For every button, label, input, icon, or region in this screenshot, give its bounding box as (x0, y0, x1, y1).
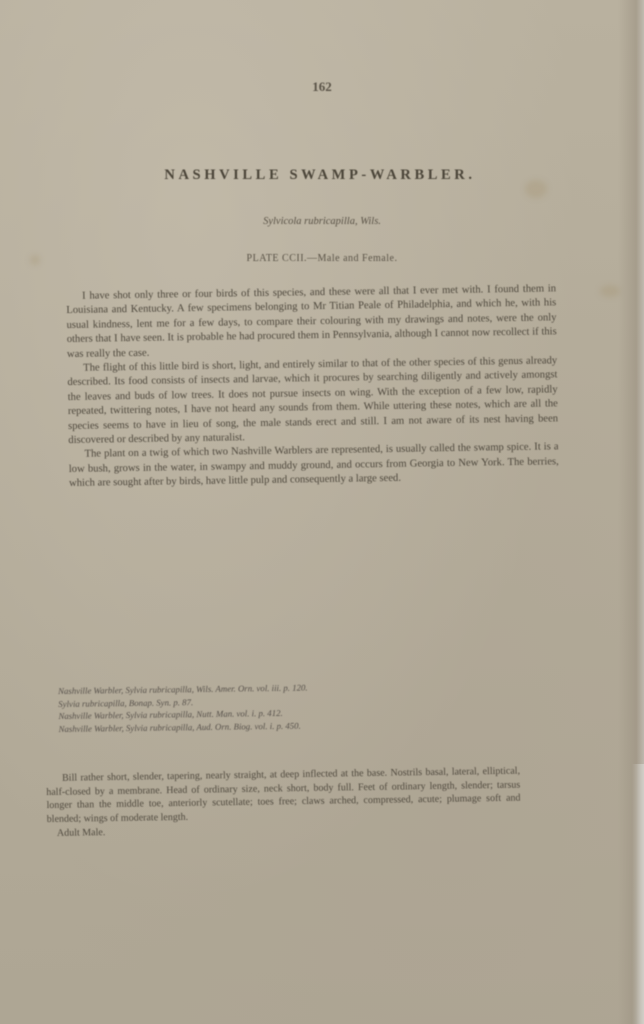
page-title: NASHVILLE SWAMP-WARBLER. (110, 167, 530, 184)
description-block: Bill rather short, slender, tapering, ne… (46, 765, 521, 841)
body-paragraph: The flight of this little bird is short,… (67, 354, 558, 448)
description-paragraph: Bill rather short, slender, tapering, ne… (46, 765, 521, 827)
body-paragraph: The plant on a twig of which two Nashvil… (68, 441, 559, 492)
page-content: 162 NASHVILLE SWAMP-WARBLER. Sylvicola r… (0, 0, 644, 1024)
plate-caption: PLATE CCII.—Male and Female. (0, 253, 644, 264)
species-latin-name: Sylvicola rubricapilla, Wils. (0, 216, 644, 227)
body-text: I have shot only three or four birds of … (66, 282, 559, 491)
synonymy-block: Nashville Warbler, Sylvia rubricapilla, … (58, 679, 479, 735)
page-number: 162 (0, 79, 644, 95)
body-paragraph: I have shot only three or four birds of … (66, 282, 557, 362)
